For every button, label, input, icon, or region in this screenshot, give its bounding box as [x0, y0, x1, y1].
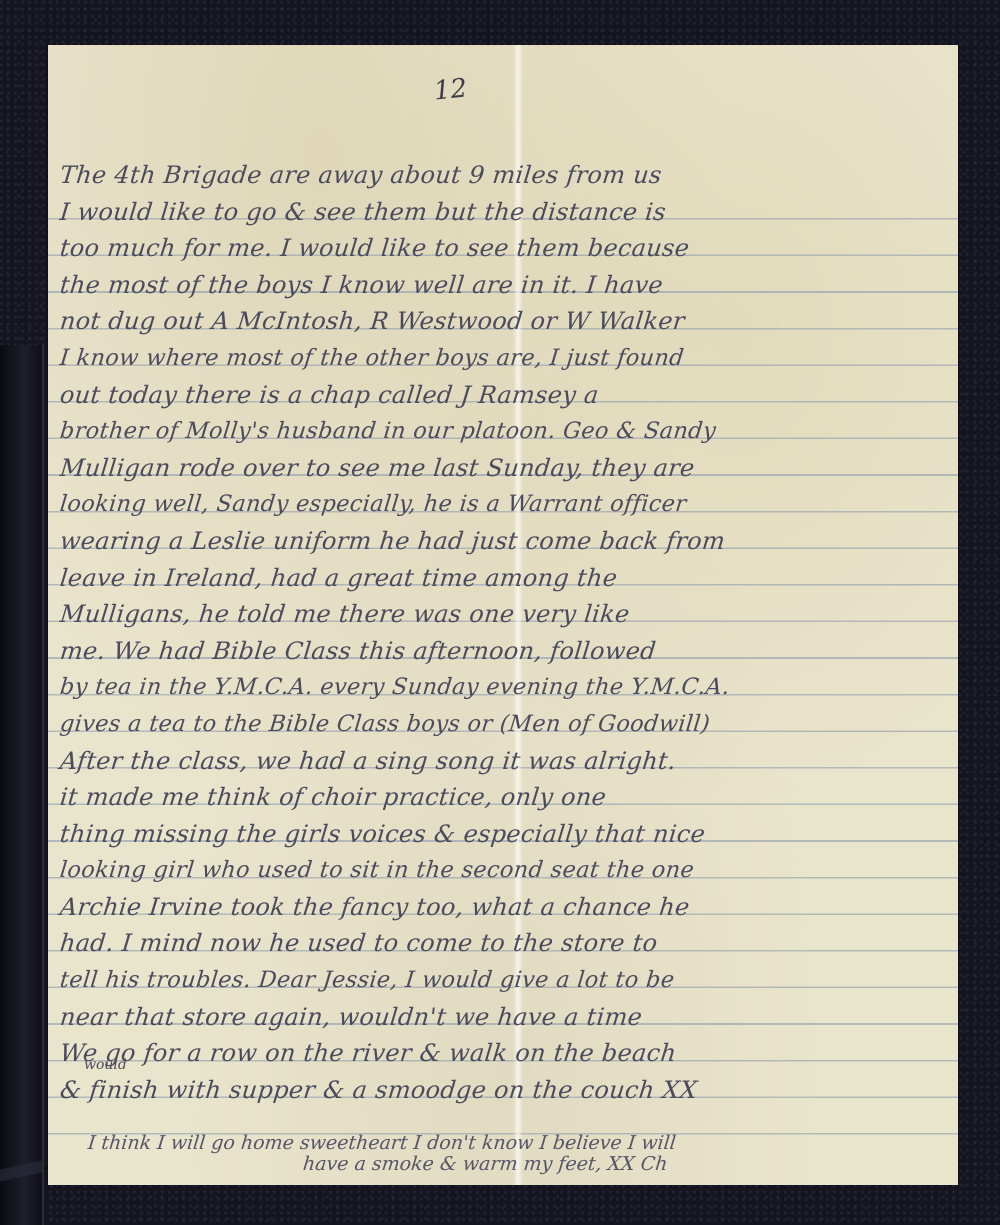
letter-page: 12 The 4th Brigade are away about 9 mile… [48, 45, 958, 1185]
letter-line: tell his troubles. Dear Jessie, I would … [58, 962, 952, 999]
letter-line: thing missing the girls voices & especia… [58, 816, 952, 853]
letter-line: looking girl who used to sit in the seco… [58, 852, 952, 889]
letter-line: not dug out A McIntosh, R Westwood or W … [58, 303, 952, 340]
page-number: 12 [433, 73, 469, 106]
letter-line: brother of Molly's husband in our platoo… [58, 413, 952, 450]
letter-line: The 4th Brigade are away about 9 miles f… [58, 157, 952, 194]
letter-line: wearing a Leslie uniform he had just com… [58, 523, 952, 560]
letter-line: it made me think of choir practice, only… [58, 779, 952, 816]
postscript-line: have a smoke & warm my feet, XX Ch [87, 1154, 949, 1174]
postscript: I think I will go home sweetheart I don'… [88, 1132, 948, 1174]
letter-line: near that store again, wouldn't we have … [58, 999, 952, 1036]
letter-line: Mulligan rode over to see me last Sunday… [58, 450, 952, 487]
letter-line: & finish with supper & a smoodge on the … [58, 1072, 952, 1109]
letter-line: by tea in the Y.M.C.A. every Sunday even… [58, 669, 952, 706]
letter-line: leave in Ireland, had a great time among… [58, 560, 952, 597]
letter-line: I would like to go & see them but the di… [58, 194, 952, 231]
album-binding [0, 345, 44, 1225]
letter-line: Archie Irvine took the fancy too, what a… [58, 889, 952, 926]
letter-line: looking well, Sandy especially, he is a … [58, 486, 952, 523]
letter-line: I know where most of the other boys are,… [58, 340, 952, 377]
inserted-word: would [84, 1057, 127, 1073]
letter-line: the most of the boys I know well are in … [58, 267, 952, 304]
postscript-line: I think I will go home sweetheart I don'… [87, 1132, 949, 1154]
letter-line: too much for me. I would like to see the… [58, 230, 952, 267]
letter-line: Mulligans, he told me there was one very… [58, 596, 952, 633]
letter-line: me. We had Bible Class this afternoon, f… [58, 633, 952, 670]
letter-line: We go for a row on the river & walk on t… [58, 1035, 952, 1072]
letter-line: had. I mind now he used to come to the s… [58, 925, 952, 962]
letter-line: gives a tea to the Bible Class boys or (… [58, 706, 952, 743]
letter-line: After the class, we had a sing song it w… [58, 743, 952, 780]
letter-line: out today there is a chap called J Ramse… [58, 377, 952, 414]
letter-body: The 4th Brigade are away about 9 miles f… [60, 157, 950, 1108]
